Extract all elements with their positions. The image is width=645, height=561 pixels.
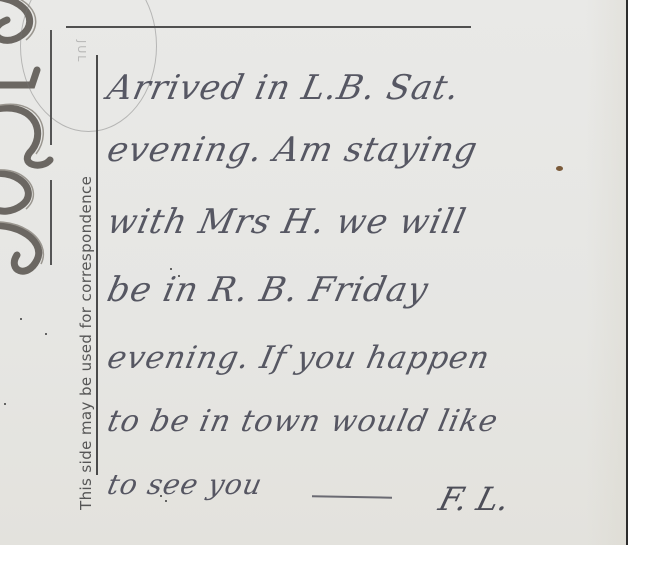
message-line: Arrived in L.B. Sat. — [104, 68, 464, 108]
ink-stain — [556, 166, 563, 171]
message-line: with Mrs H. we will — [104, 202, 470, 242]
left-border-rule-lower — [50, 180, 52, 265]
dirt-speck — [160, 495, 162, 497]
dirt-speck — [20, 318, 22, 320]
postcard-scan: JUL This side may be used for correspond… — [0, 0, 645, 561]
dirt-speck — [4, 403, 6, 405]
postcard-back: JUL This side may be used for correspond… — [0, 0, 628, 545]
header-rule — [66, 26, 471, 28]
message-line: evening. Am staying — [104, 130, 482, 170]
dirt-speck — [165, 500, 167, 502]
message-line: to be in town would like — [104, 404, 501, 439]
ink-tail-stroke — [312, 495, 392, 498]
dirt-speck — [170, 268, 172, 270]
postmark-text: JUL — [75, 40, 88, 63]
dirt-speck — [45, 333, 47, 335]
correspondence-side-note: This side may be used for correspondence — [77, 176, 95, 510]
dirt-speck — [178, 275, 180, 277]
message-line: to see you — [104, 468, 265, 501]
left-border-rule — [50, 30, 52, 145]
signature: F. L. — [435, 480, 514, 518]
message-line: be in R. B. Friday — [104, 270, 433, 310]
correspondence-divider-rule — [96, 55, 98, 475]
message-line: evening. If you happen — [104, 340, 493, 376]
